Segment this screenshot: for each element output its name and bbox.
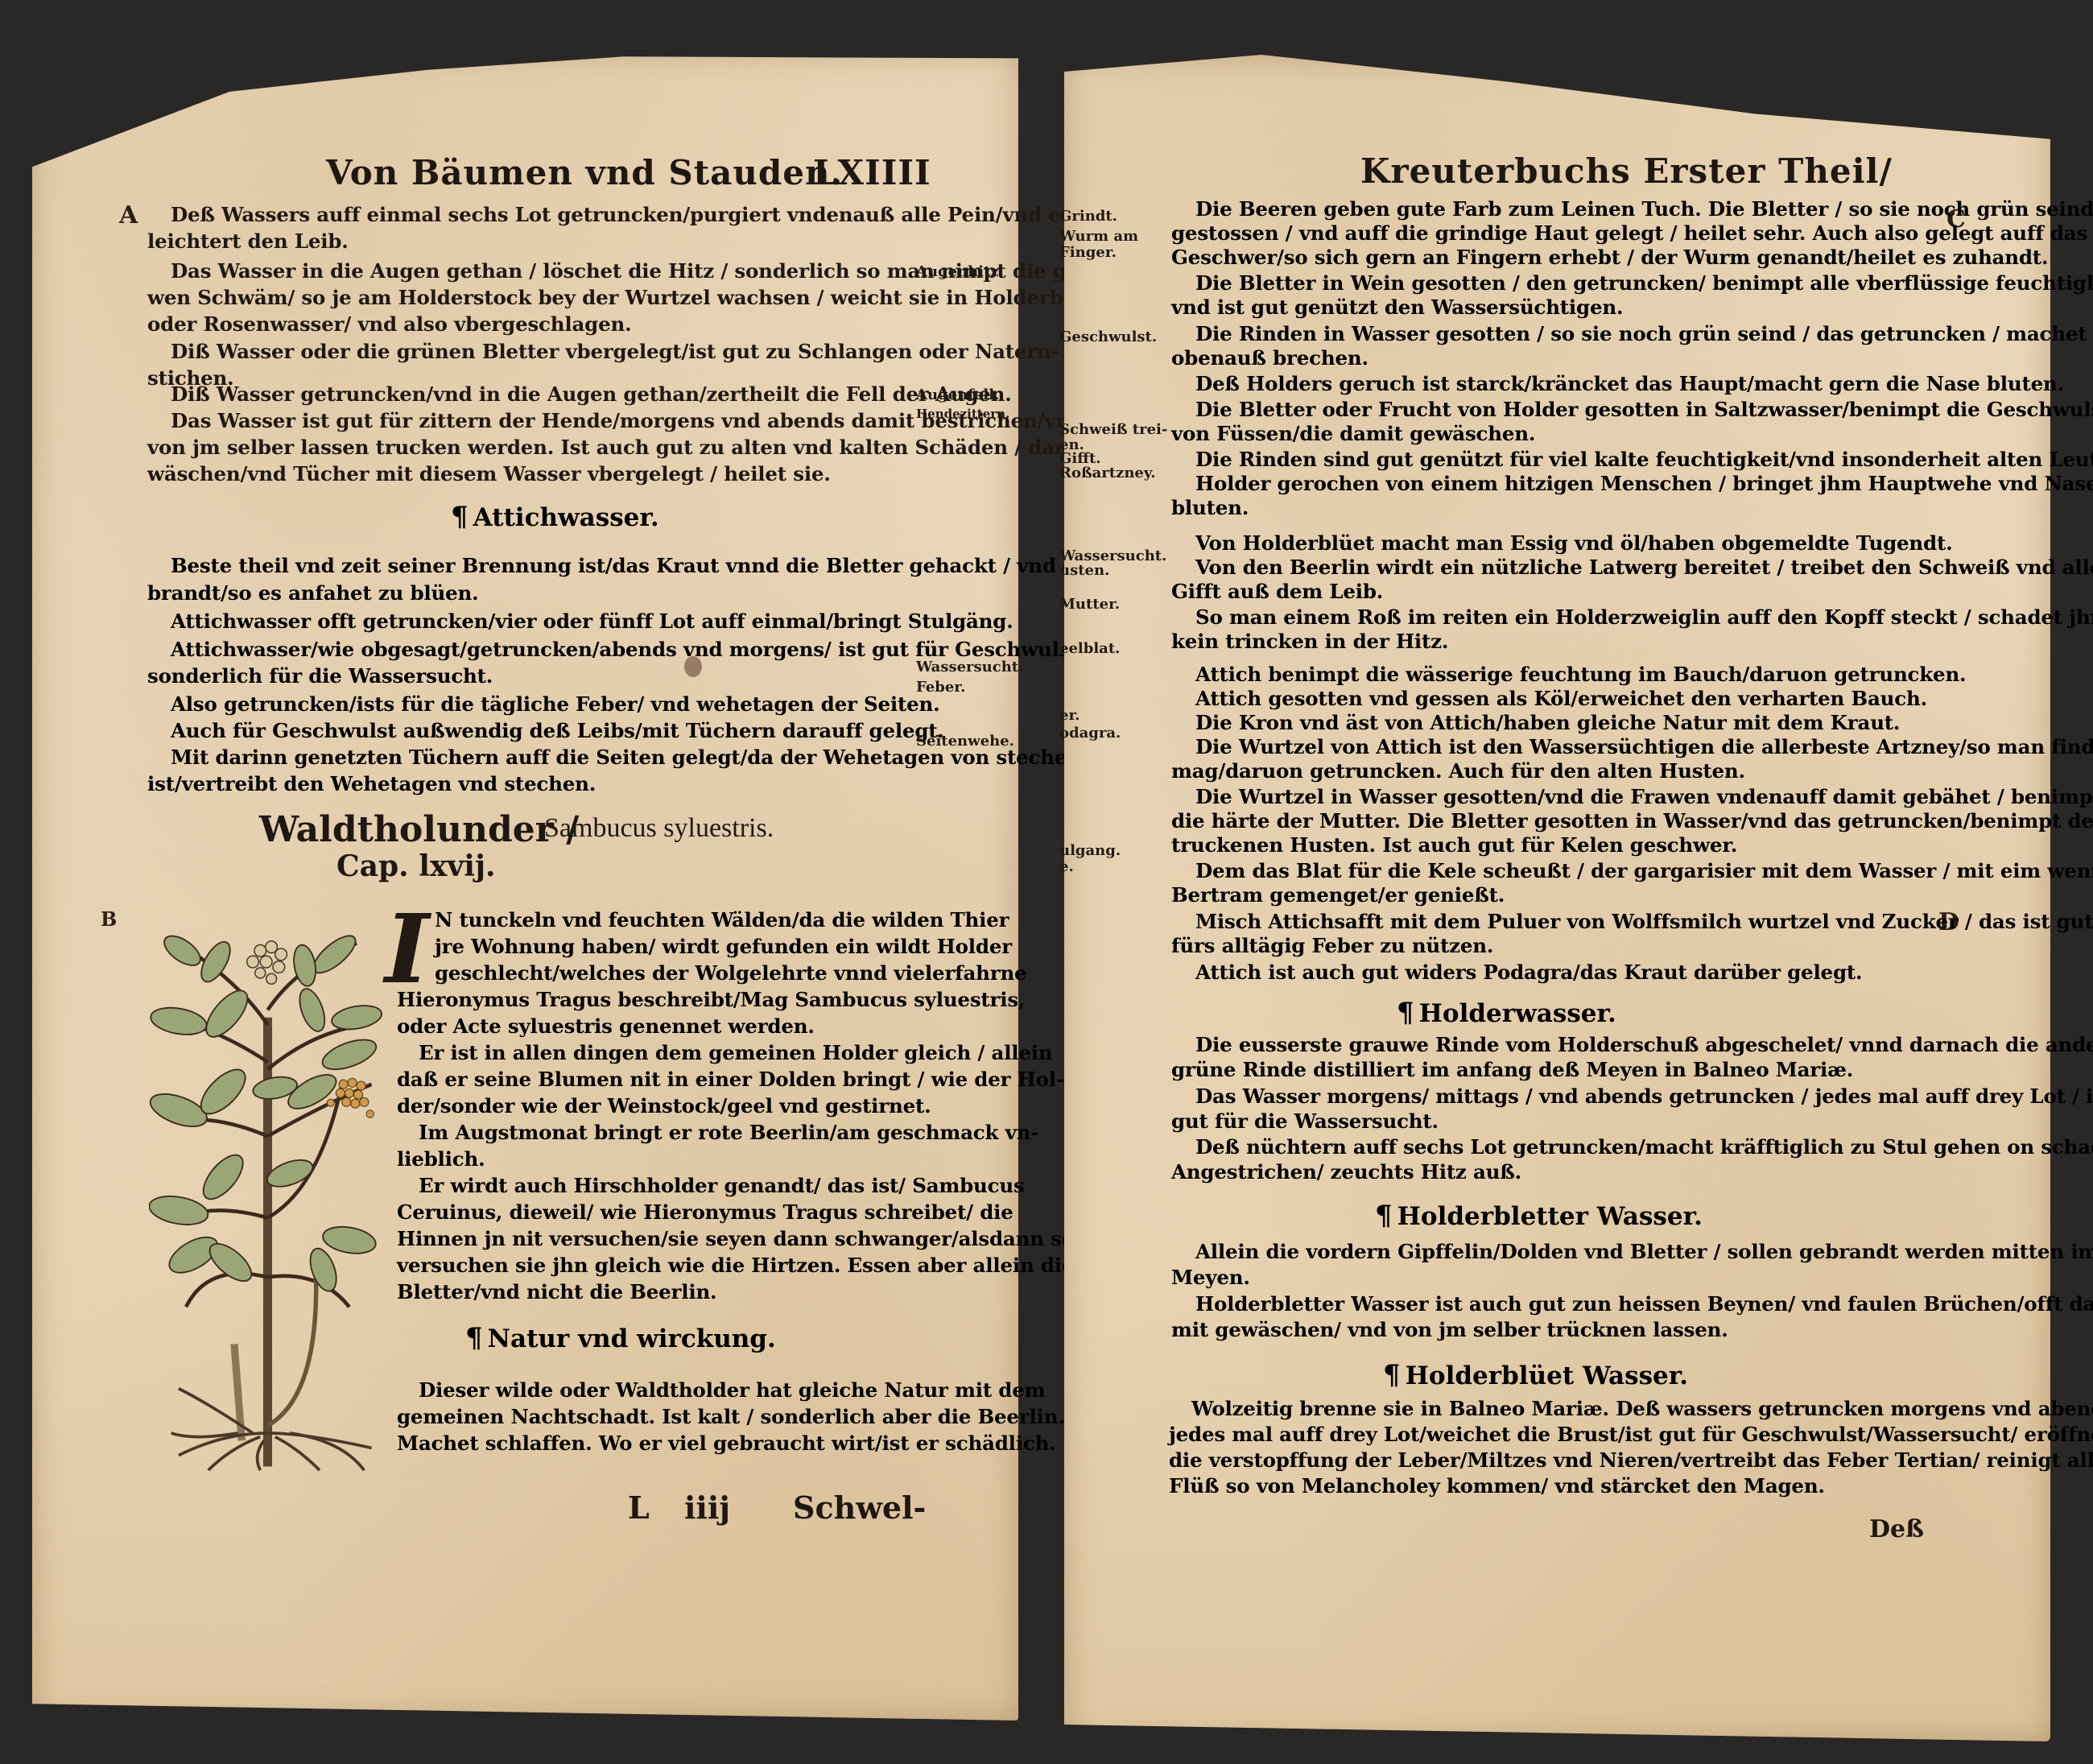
text-line: jre Wohnung haben/ wirdt gefunden ein wi…	[435, 935, 1012, 958]
text-line: Die Bletter oder Frucht von Holder gesot…	[1195, 398, 2093, 421]
pilcrow-icon: ¶	[1375, 1200, 1393, 1232]
text-line: jedes mal auff drey Lot/weichet die Brus…	[1169, 1423, 2093, 1446]
text-line: So man einem Roß im reiten ein Holderzwe…	[1195, 605, 2093, 629]
text-line: Attichwasser offt getruncken/vier oder f…	[171, 609, 1013, 633]
text-line: gestossen / vnd auff die grindige Haut g…	[1171, 221, 2093, 245]
text-line: die härte der Mutter. Die Bletter gesott…	[1171, 809, 2093, 832]
margin-note: Roßartzney.	[1059, 465, 1156, 481]
margin-note: er.	[1059, 707, 1080, 724]
text-line: sonderlich für die Wassersucht.	[147, 664, 493, 688]
text-line: Die Beeren geben gute Farb zum Leinen Tu…	[1195, 197, 2093, 221]
text-line: lieblich.	[397, 1147, 485, 1171]
text-line: Deß Wassers auff einmal sechs Lot getrun…	[171, 203, 1079, 226]
text-line: Flüß so von Melancholey kommen/ vnd stär…	[1169, 1474, 1825, 1498]
text-line: Auch für Geschwulst außwendig deß Leibs/…	[171, 719, 944, 742]
margin-note: odagra.	[1059, 725, 1121, 742]
text-line: wäschen/vnd Tücher mit diesem Wasser vbe…	[147, 462, 831, 485]
text-line: von Füssen/die damit gewäschen.	[1171, 422, 1535, 445]
text-line: Attich ist auch gut widers Podagra/das K…	[1195, 960, 1862, 984]
text-line: Im Augstmonat bringt er rote Beerlin/am …	[419, 1121, 1038, 1144]
text-line: ist/vertreibt den Wehetagen vnd stechen.	[147, 772, 596, 795]
text-line: mit gewäschen/ vnd von jm selber trückne…	[1171, 1318, 1728, 1341]
text-line: bluten.	[1171, 496, 1249, 519]
text-line: Dem das Blat für die Kele scheußt / der …	[1195, 859, 2093, 882]
text-line: mag/daruon getruncken. Auch für den alte…	[1171, 759, 1745, 783]
text-line: obenauß brechen.	[1171, 346, 1368, 370]
section-heading-text: Holderblüet Wasser.	[1406, 1361, 1688, 1390]
margin-note: usten.	[1059, 562, 1109, 579]
text-line: Angestrichen/ zeuchts Hitz auß.	[1171, 1160, 1521, 1184]
margin-note: Feber.	[916, 679, 965, 696]
text-line: Holderbletter Wasser ist auch gut zun he…	[1195, 1292, 2093, 1316]
text-line: Die Wurtzel in Wasser gesotten/vnd die F…	[1195, 785, 2093, 808]
section-letter-b: B	[101, 907, 117, 931]
text-line: Ceruinus, dieweil/ wie Hieronymus Tragus…	[397, 1200, 1013, 1224]
text-line: Wolzeitig brenne sie in Balneo Mariæ. De…	[1191, 1397, 2093, 1420]
section-heading-natur: ¶Natur vnd wirckung.	[465, 1322, 776, 1354]
text-line: leichtert den Leib.	[147, 229, 349, 253]
pilcrow-icon: ¶	[1383, 1359, 1401, 1391]
section-heading-holderblueet: ¶Holderblüet Wasser.	[1383, 1359, 1688, 1391]
text-line: Hinnen jn nit versuchen/sie seyen dann s…	[397, 1227, 1075, 1250]
text-line: die verstopffung der Leber/Miltzes vnd N…	[1169, 1448, 2093, 1472]
text-line: oder Acte syluestris genennet werden.	[397, 1014, 815, 1038]
chapter-number: Cap. lxvij.	[336, 849, 496, 883]
section-heading-text: Holderwasser.	[1419, 999, 1616, 1028]
text-line: Bletter/vnd nicht die Beerlin.	[397, 1280, 716, 1303]
pilcrow-icon: ¶	[451, 501, 469, 533]
text-line: oder Rosenwasser/ vnd also vbergeschlage…	[147, 312, 631, 336]
margin-note: Wurm am	[1059, 228, 1138, 245]
text-line: Gifft auß dem Leib.	[1171, 580, 1383, 603]
text-line: geschlecht/welches der Wolgelehrte vnnd …	[435, 961, 1026, 985]
text-line: Meyen.	[1171, 1266, 1250, 1289]
text-line: Die Wurtzel von Attich ist den Wassersüc…	[1195, 735, 2093, 758]
ink-stain	[684, 656, 702, 677]
text-line: Die Bletter in Wein gesotten / den getru…	[1195, 271, 2093, 295]
plant-woodcut-illustration	[149, 902, 386, 1489]
text-line: Dieser wilde oder Waldtholder hat gleich…	[419, 1378, 1045, 1402]
section-heading-holderwasser: ¶Holderwasser.	[1397, 997, 1616, 1029]
text-line: Attichwasser/wie obgesagt/getruncken/abe…	[171, 638, 1086, 661]
catchword: Deß	[1869, 1515, 1924, 1543]
pilcrow-icon: ¶	[1397, 997, 1414, 1029]
text-line: gemeinen Nachtschadt. Ist kalt / sonderl…	[397, 1405, 1065, 1428]
text-line: Die Rinden in Wasser gesotten / so sie n…	[1195, 322, 2093, 345]
margin-note: Finger.	[1059, 244, 1117, 261]
text-line: Geschwer/so sich gern an Fingern erhebt …	[1171, 246, 2048, 269]
pilcrow-icon: ¶	[465, 1322, 483, 1354]
text-line: Deß Holders geruch ist starck/kräncket d…	[1195, 372, 2064, 395]
text-line: versuchen sie jhn gleich wie die Hirtzen…	[397, 1254, 1074, 1277]
margin-note: Geschwulst.	[1059, 328, 1157, 345]
text-line: Das Wasser morgens/ mittags / vnd abends…	[1195, 1084, 2093, 1108]
signature-mark: L iiij	[628, 1489, 730, 1526]
text-line: Von den Beerlin wirdt ein nützliche Latw…	[1195, 556, 2093, 579]
section-heading-attichwasser: ¶Attichwasser.	[451, 501, 659, 533]
margin-note: Wassersucht.	[916, 659, 1023, 675]
text-line: Attich benimpt die wässerige feuchtung i…	[1195, 663, 1966, 686]
margin-note: Mutter.	[1059, 596, 1120, 613]
margin-note: Seitenwehe.	[916, 733, 1014, 750]
text-line: Allein die vordern Gipffelin/Dolden vnd …	[1195, 1240, 2093, 1263]
margin-note: Augenfell.	[916, 386, 999, 403]
section-heading-text: Natur vnd wirckung.	[488, 1324, 776, 1353]
chapter-latin-name: Sambucus syluestris.	[544, 813, 774, 844]
section-heading-text: Attichwasser.	[473, 503, 659, 532]
margin-note: Hendezittern.	[916, 407, 1009, 421]
running-head-left: Von Bäumen vnd Stauden.	[326, 153, 843, 192]
text-line: der/sonder wie der Weinstock/geel vnd ge…	[397, 1094, 931, 1117]
text-line: fürs alltägig Feber zu nützen.	[1171, 934, 1493, 957]
text-line: Misch Attichsafft mit dem Puluer von Wol…	[1195, 910, 2093, 933]
text-line: Hieronymus Tragus beschreibt/Mag Sambucu…	[397, 988, 1025, 1011]
margin-note: ulgang.	[1059, 842, 1121, 859]
text-line: Diß Wasser oder die grünen Bletter vberg…	[171, 340, 1059, 363]
text-line: Attich gesotten vnd gessen als Köl/erwei…	[1195, 687, 1927, 710]
section-heading-text: Holderbletter Wasser.	[1397, 1202, 1703, 1231]
text-line: Bertram gemenget/er genießt.	[1171, 883, 1505, 907]
text-line: Die Rinden sind gut genützt für viel kal…	[1195, 448, 2093, 471]
text-line: Machet schlaffen. Wo er viel gebraucht w…	[397, 1431, 1056, 1455]
text-line: vnd ist gut genützt den Wassersüchtigen.	[1171, 295, 1623, 319]
section-heading-holderbletter: ¶Holderbletter Wasser.	[1375, 1200, 1703, 1232]
section-letter-a: A	[119, 201, 138, 229]
margin-note: Augenhitz.	[916, 263, 1004, 280]
text-line: truckenen Husten. Ist auch gut für Kelen…	[1171, 833, 1737, 857]
catchword: Schwel‑	[793, 1489, 926, 1526]
text-line: wen Schwäm/ so je am Holderstock bey der…	[147, 286, 1106, 309]
text-line: N tunckeln vnd feuchten Wälden/da die wi…	[435, 908, 1009, 932]
text-line: von jm selber lassen trucken werden. Ist…	[147, 436, 1132, 459]
text-line: Von Holderblüet macht man Essig vnd öl/h…	[1195, 531, 1952, 555]
text-line: daß er seine Blumen nit in einer Dolden …	[397, 1068, 1064, 1091]
running-head-right: Kreuterbuchs Erster Theil/	[1360, 151, 1893, 191]
text-line: Deß nüchtern auff sechs Lot getruncken/m…	[1195, 1135, 2093, 1159]
text-line: Also getruncken/ists für die tägliche Fe…	[171, 692, 939, 716]
margin-note: e.	[1059, 858, 1074, 875]
text-line: Beste theil vnd zeit seiner Brennung ist…	[171, 554, 1096, 577]
text-line: Er ist in allen dingen dem gemeinen Hold…	[419, 1041, 1053, 1064]
margin-note: Schweiß trei‑	[1059, 421, 1167, 438]
text-line: brandt/so es anfahet zu blüen.	[147, 581, 478, 605]
text-line: Er wirdt auch Hirschholder genandt/ das …	[419, 1174, 1025, 1197]
text-line: Diß Wasser getruncken/vnd in die Augen g…	[171, 382, 1012, 406]
text-line: Die Kron vnd äst von Attich/haben gleich…	[1195, 711, 1900, 734]
text-line: Die eusserste grauwe Rinde vom Holdersch…	[1195, 1033, 2093, 1056]
text-line: gut für die Wassersucht.	[1171, 1109, 1439, 1133]
text-line: kein trincken in der Hitz.	[1171, 630, 1448, 653]
folio-number: LXIIII	[813, 153, 931, 192]
text-line: grüne Rinde distilliert im anfang deß Me…	[1171, 1058, 1853, 1081]
chapter-title: Waldtholunder /	[259, 809, 579, 850]
text-line: Holder gerochen von einem hitzigen Mensc…	[1195, 472, 2093, 495]
margin-note: eelblat.	[1059, 640, 1120, 657]
drop-cap-letter: I	[385, 902, 429, 997]
margin-note: Grindt.	[1059, 208, 1117, 225]
